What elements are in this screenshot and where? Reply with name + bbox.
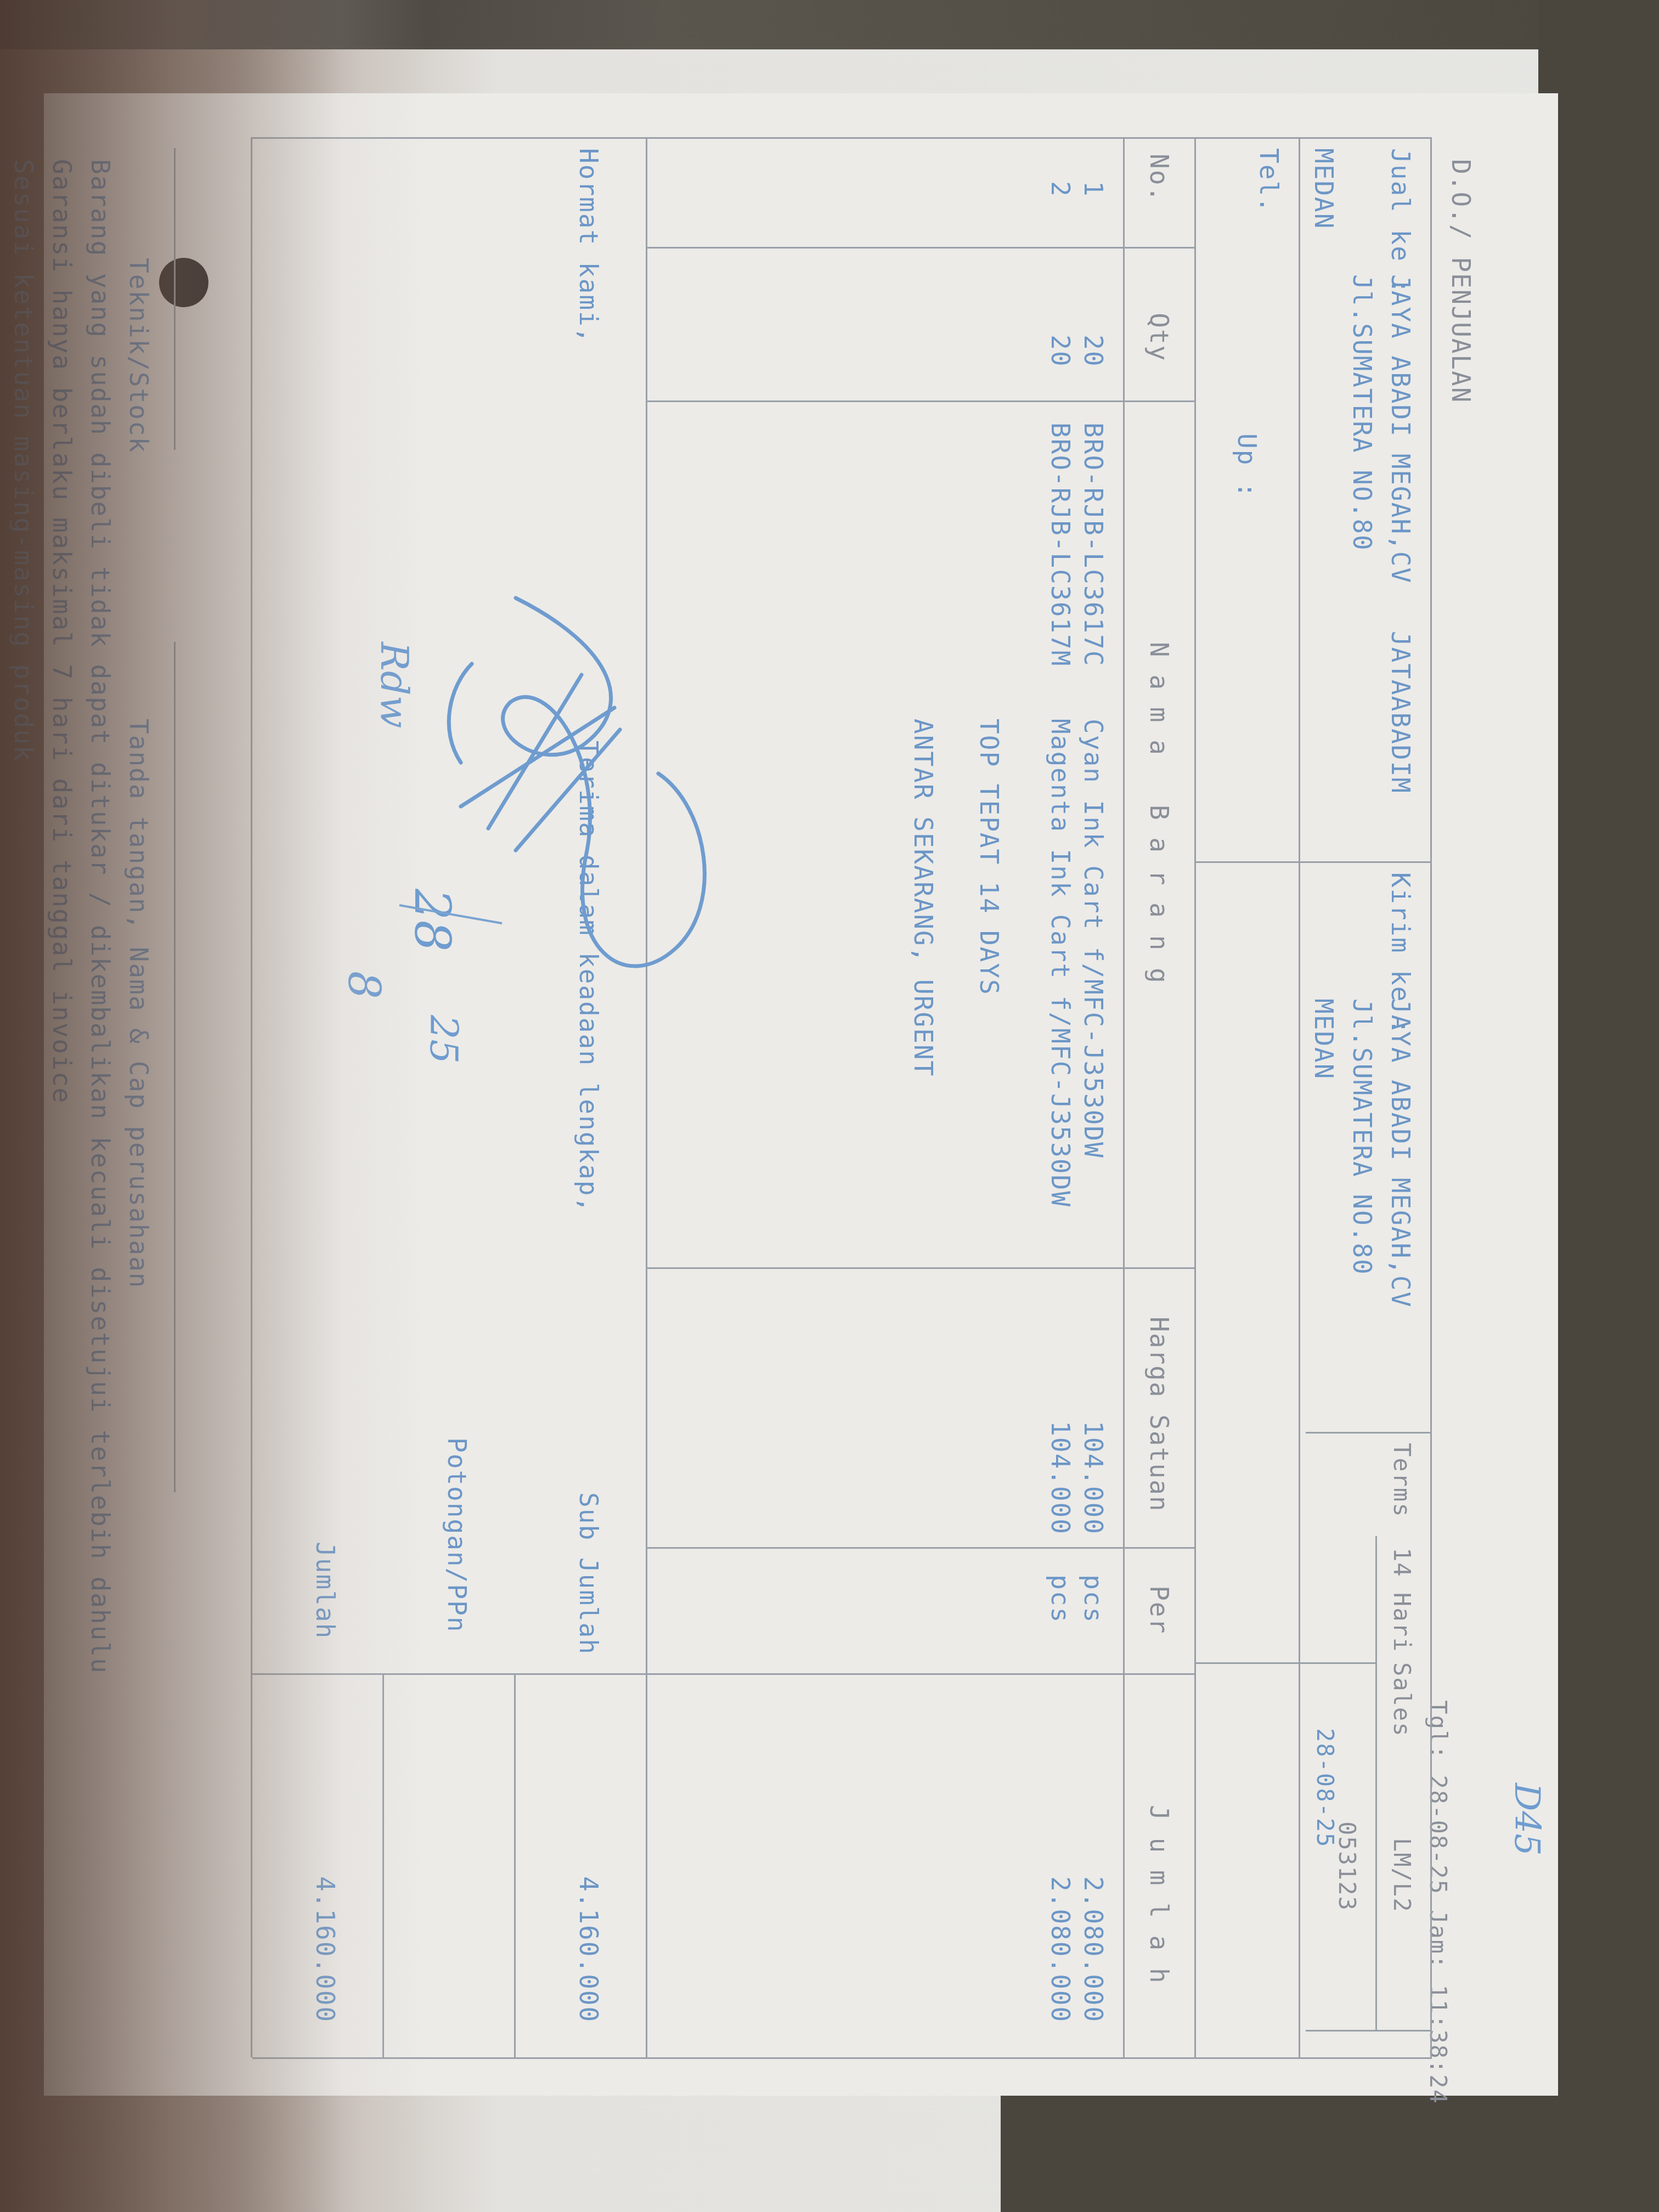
table-header-rule: [1123, 137, 1125, 2057]
to-label: Tel.: [1254, 148, 1284, 213]
row-qty: 20: [1046, 335, 1075, 367]
terms-box-divider: [1196, 1662, 1377, 1664]
terms-label: Terms: [1389, 1443, 1415, 1517]
col-divider-2: [647, 400, 1196, 402]
sales-order-document: D.O./ PENJUALAN D45 Tgl: 28-08-25 Jam: 1…: [44, 93, 1558, 2096]
row-amount: 2.080.000: [1079, 1876, 1108, 2023]
signature-line-right: [174, 642, 176, 1492]
subtotal-label: Sub Jumlah: [574, 1492, 603, 1655]
tech-stock-label: Teknik/Stock: [124, 258, 154, 453]
terms-box-left: [1306, 1432, 1432, 1434]
date-label: Tgl:: [1425, 1700, 1452, 1760]
signature-date-top: 28: [403, 889, 461, 952]
sold-to-address: Jl.SUMATERA NO.80: [1347, 274, 1377, 551]
row-description: Magenta Ink Cart f/MFC-J3530DW: [1046, 719, 1075, 1207]
col-amount: J u m l a h: [1144, 1805, 1174, 1984]
table-top-rule: [1194, 137, 1196, 2057]
note-2: Garansi hanya berlaku maksimal 7 hari da…: [47, 159, 77, 1104]
col-per: Per: [1144, 1585, 1174, 1634]
col-no: No.: [1144, 154, 1174, 202]
signature-year: 25: [421, 1015, 466, 1064]
col-unit-price: Harga Satuan: [1144, 1317, 1174, 1512]
row-per: pcs: [1079, 1575, 1108, 1623]
col-qty: Qty: [1144, 313, 1174, 362]
col-item: N a m a B a r a n g: [1144, 642, 1174, 984]
time-value: 11:38:24: [1425, 1985, 1452, 2104]
attention-label: Up :: [1232, 433, 1262, 499]
frame-left: [252, 137, 1432, 139]
background-top: [0, 0, 1659, 49]
col-divider-3: [647, 1267, 1196, 1269]
row-description: Cyan Ink Cart f/MFC-J3530DW: [1079, 719, 1108, 1159]
totals-divider: [252, 1673, 647, 1675]
subtotal-value: 4.160.000: [574, 1876, 603, 2023]
regards-label: Hormat kami,: [574, 148, 603, 343]
note-3: Sesuai ketentuan masing-masing produk: [9, 159, 38, 762]
terms-box-mid: [1375, 1536, 1377, 2030]
sold-to-name: JAYA ABADI MEGAH,CV: [1386, 274, 1415, 584]
sign-hint: Tanda tangan, Nama & Cap perusahaan: [124, 719, 154, 1289]
row-unit-price: 104.000: [1079, 1421, 1108, 1535]
remark-2: ANTAR SEKARANG, URGENT: [909, 719, 938, 1077]
time-label: Jam:: [1425, 1910, 1452, 1970]
note-1: Barang yang sudah dibeli tidak dapat dit…: [86, 159, 115, 1674]
row-amount: 2.080.000: [1046, 1876, 1075, 2023]
row-code: BRO-RJB-LC3617C: [1079, 422, 1108, 667]
col-divider-1: [647, 247, 1196, 249]
punch-hole: [159, 258, 208, 307]
row-no: 2: [1046, 181, 1075, 198]
totals-rule-2: [382, 1673, 384, 2057]
terms: Terms 14 Hari: [1389, 1443, 1415, 1652]
sales-value: LM/L2: [1389, 1838, 1415, 1912]
remark-1: TOP TEPAT 14 DAYS: [974, 719, 1004, 996]
totals-rule-1: [514, 1673, 516, 2057]
table-bottom-rule: [646, 137, 647, 2057]
handwritten-ref: D45: [1506, 1783, 1547, 1856]
row-per: pcs: [1046, 1575, 1075, 1623]
signature-line-left: [174, 148, 176, 450]
sold-to-label: Jual ke :: [1386, 148, 1415, 295]
discount-label: Potongan/PPn: [442, 1437, 472, 1633]
sales-label: Sales: [1389, 1662, 1415, 1737]
header-rule: [1299, 137, 1300, 2057]
header-divider: [1196, 861, 1432, 863]
ship-to-city: MEDAN: [1309, 998, 1339, 1080]
row-qty: 20: [1079, 335, 1108, 367]
frame-top: [1430, 137, 1432, 2057]
row-unit-price: 104.000: [1046, 1421, 1075, 1535]
total-label: Jumlah: [311, 1542, 340, 1639]
total-value: 4.160.000: [311, 1876, 340, 2023]
signature-date-bottom: 8: [338, 971, 390, 999]
terms-box-right: [1306, 2030, 1432, 2032]
row-no: 1: [1079, 181, 1108, 198]
customer-code: JATAABADIM: [1386, 631, 1415, 794]
terms-value: 14 Hari: [1389, 1548, 1415, 1652]
frame-bottom: [251, 137, 252, 2057]
date-value: 28-08-25: [1425, 1775, 1452, 1895]
row-code: BRO-RJB-LC3617M: [1046, 422, 1075, 667]
signature-name: Rdw: [372, 642, 417, 728]
ship-to-name: JAYA ABADI MEGAH,CV: [1386, 998, 1415, 1308]
col-divider-5: [647, 1673, 1196, 1675]
ship-to-address: Jl.SUMATERA NO.80: [1347, 998, 1377, 1276]
col-divider-4: [647, 1547, 1196, 1549]
order-date: 28-08-25: [1312, 1728, 1339, 1848]
sold-to-city: MEDAN: [1309, 148, 1339, 229]
document-title: D.O./ PENJUALAN: [1446, 159, 1476, 403]
frame-right: [252, 2057, 1432, 2059]
